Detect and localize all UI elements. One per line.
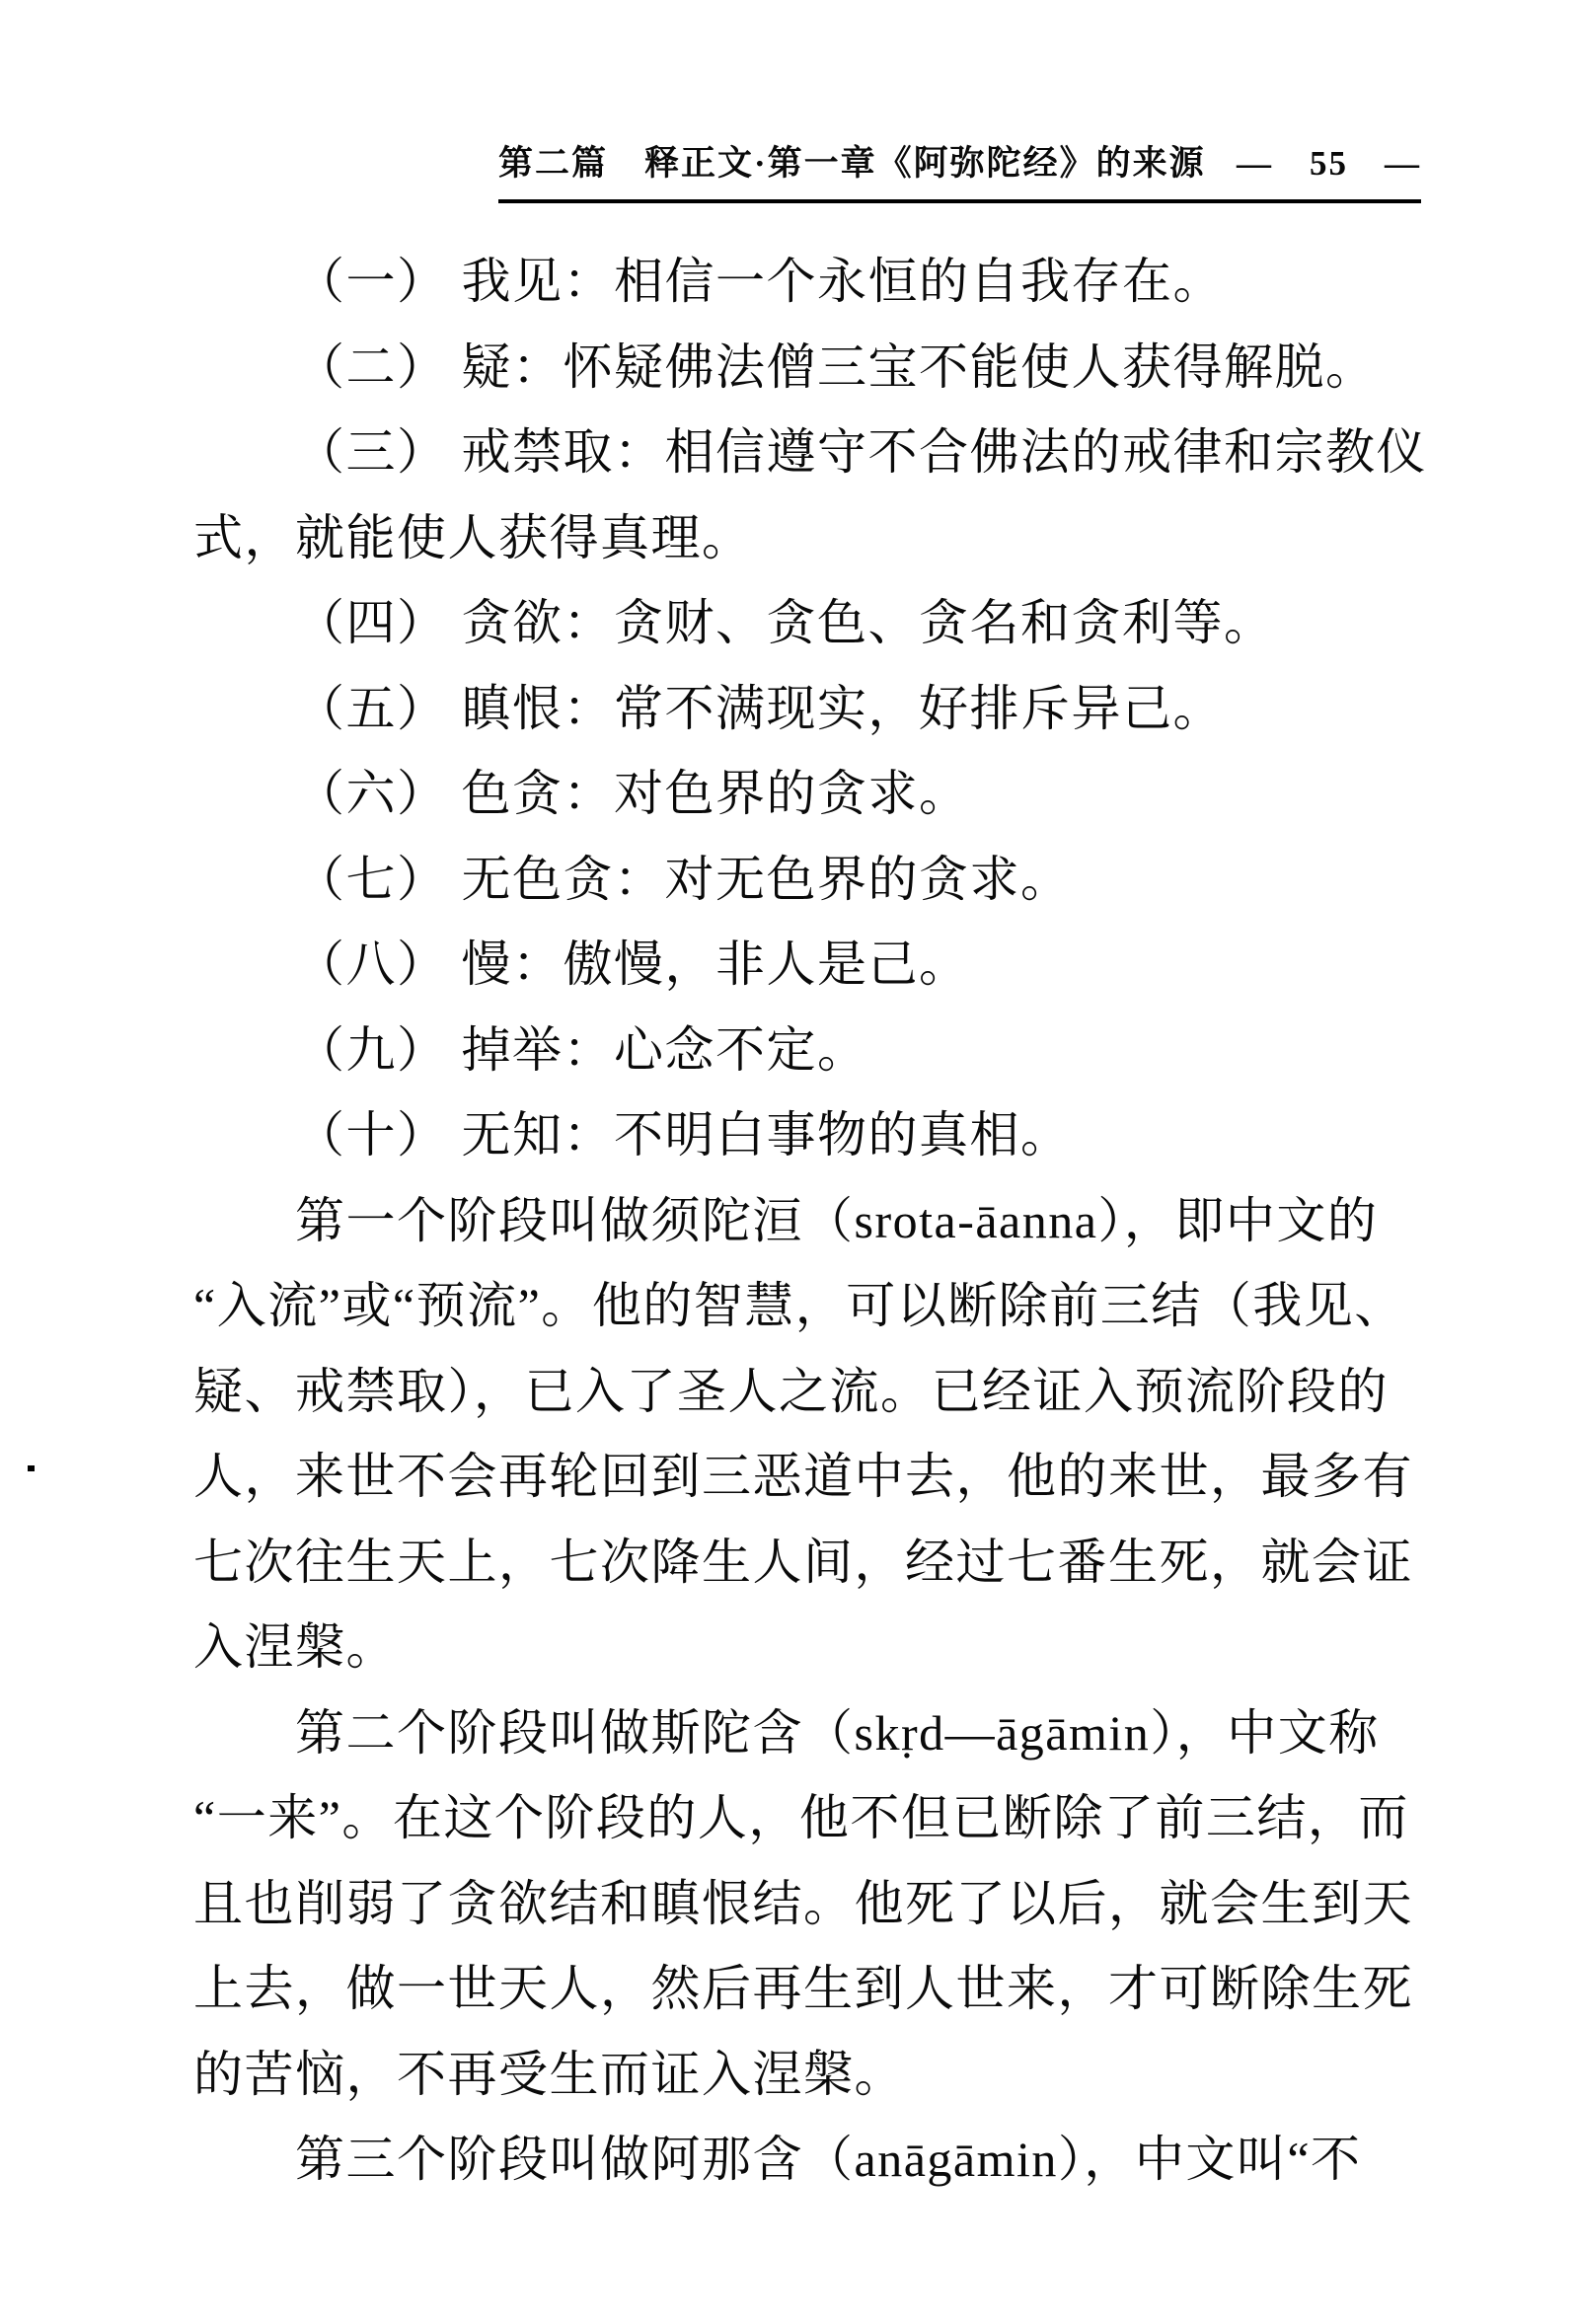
text-line: （二） 疑：怀疑佛法僧三宝不能使人获得解脱。 (193, 325, 1447, 411)
text-line: 第一个阶段叫做须陀洹（srota-āanna），即中文的 (193, 1178, 1447, 1264)
text-line: 且也削弱了贪欲结和瞋恨结。他死了以后，就会生到天 (193, 1861, 1447, 1947)
text-body: （一） 我见：相信一个永恒的自我存在。（二） 疑：怀疑佛法僧三宝不能使人获得解脱… (193, 239, 1447, 2203)
text-line: 第三个阶段叫做阿那含（anāgāmin），中文叫“不 (193, 2117, 1447, 2203)
text-line: （五） 瞋恨：常不满现实，好排斥异己。 (193, 666, 1447, 752)
text-line: （四） 贪欲：贪财、贪色、贪名和贪利等。 (193, 580, 1447, 666)
text-line: 的苦恼，不再受生而证入涅槃。 (193, 2032, 1447, 2118)
text-line: 式，就能使人获得真理。 (193, 495, 1447, 581)
book-page: 第二篇 释正文·第一章《阿弥陀经》的来源 — 55 — （一） 我见：相信一个永… (0, 0, 1579, 2324)
text-line: 上去，做一世天人，然后再生到人世来，才可断除生死 (193, 1946, 1447, 2032)
page-header: 第二篇 释正文·第一章《阿弥陀经》的来源 — 55 — (498, 136, 1421, 203)
running-title: 第二篇 释正文·第一章《阿弥陀经》的来源 (498, 136, 1206, 186)
text-line: （七） 无色贪：对无色界的贪求。 (193, 837, 1447, 923)
text-line: （九） 掉举：心念不定。 (193, 1008, 1447, 1093)
text-line: （三） 戒禁取：相信遵守不合佛法的戒律和宗教仪 (193, 410, 1447, 495)
text-line: （十） 无知：不明白事物的真相。 (193, 1092, 1447, 1178)
text-line: （一） 我见：相信一个永恒的自我存在。 (193, 239, 1447, 325)
page-number: — 55 — (1237, 136, 1421, 186)
text-line: “入流”或“预流”。他的智慧，可以断除前三结（我见、 (193, 1263, 1447, 1349)
text-line: （六） 色贪：对色界的贪求。 (193, 751, 1447, 837)
text-line: 疑、戒禁取），已入了圣人之流。已经证入预流阶段的 (193, 1349, 1447, 1435)
text-line: （八） 慢：傲慢，非人是己。 (193, 922, 1447, 1008)
text-line: 第二个阶段叫做斯陀含（skṛd—āgāmin），中文称 (193, 1690, 1447, 1776)
text-line: 人，来世不会再轮回到三恶道中去，他的来世，最多有 (193, 1434, 1447, 1520)
text-line: “一来”。在这个阶段的人，他不但已断除了前三结，而 (193, 1775, 1447, 1861)
scan-artifact-dot (28, 1465, 35, 1471)
text-line: 七次往生天上，七次降生人间，经过七番生死，就会证 (193, 1520, 1447, 1606)
text-line: 入涅槃。 (193, 1605, 1447, 1690)
